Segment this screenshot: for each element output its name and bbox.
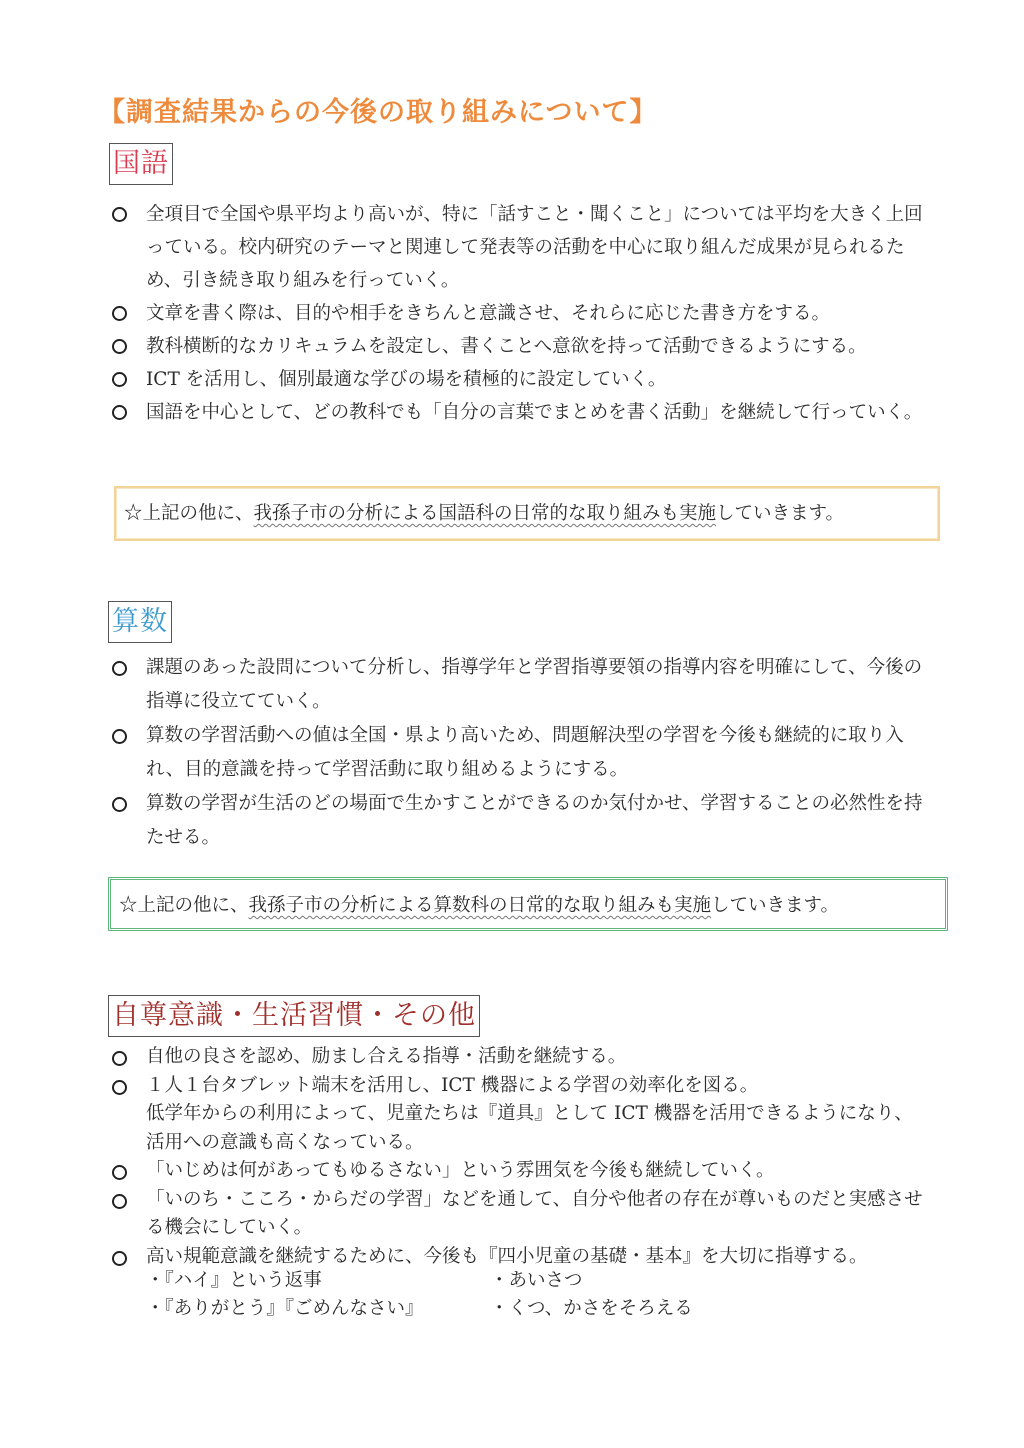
circle-bullet-icon bbox=[112, 405, 127, 420]
list-item: 算数の学習が生活のどの場面で生かすことができるのか気付かせ、学習することの必然性… bbox=[110, 787, 930, 855]
list-item: 文章を書く際は、目的や相手をきちんと意識させ、それらに応じた書き方をする。 bbox=[110, 297, 930, 330]
circle-bullet-icon bbox=[112, 1165, 127, 1180]
section-heading-seikatsu: 自尊意識・生活習慣・その他 bbox=[108, 995, 480, 1037]
circle-bullet-icon bbox=[112, 1080, 127, 1095]
section-heading-kokugo: 国語 bbox=[109, 143, 173, 185]
sansu-list: 課題のあった設問について分析し、指導学年と学習指導要領の指導内容を明確にして、今… bbox=[110, 651, 930, 855]
basics-row: ・『ありがとう』『ごめんなさい』 ・くつ、かさをそろえる bbox=[146, 1295, 693, 1323]
list-item: 「いのち・こころ・からだの学習」などを通して、自分や他者の存在が尊いものだと実感… bbox=[110, 1186, 930, 1243]
list-item: 全項目で全国や県平均より高いが、特に「話すこと・聞くこと」については平均を大きく… bbox=[110, 198, 930, 297]
section-heading-sansu: 算数 bbox=[108, 601, 172, 643]
circle-bullet-icon bbox=[112, 1194, 127, 1209]
list-item: １人１台タブレット端末を活用し、ICT 機器による学習の効率化を図る。低学年から… bbox=[110, 1072, 930, 1158]
underlined-text: 我孫子市の分析による算数科の日常的な取り組みも実施 bbox=[249, 895, 712, 916]
basics-row: ・『ハイ』という返事 ・あいさつ bbox=[146, 1267, 693, 1295]
circle-bullet-icon bbox=[112, 306, 127, 321]
underlined-text: 我孫子市の分析による国語科の日常的な取り組みも実施 bbox=[254, 503, 717, 524]
document-page: 【調査結果からの今後の取り組みについて】 国語 全項目で全国や県平均より高いが、… bbox=[0, 0, 1024, 1448]
kokugo-note-box: ☆上記の他に、我孫子市の分析による国語科の日常的な取り組みも実施していきます。 bbox=[114, 486, 940, 541]
sansu-note-box: ☆上記の他に、我孫子市の分析による算数科の日常的な取り組みも実施していきます。 bbox=[108, 877, 948, 931]
circle-bullet-icon bbox=[112, 339, 127, 354]
list-item: 課題のあった設問について分析し、指導学年と学習指導要領の指導内容を明確にして、今… bbox=[110, 651, 930, 719]
list-item: ICT を活用し、個別最適な学びの場を積極的に設定していく。 bbox=[110, 363, 930, 396]
list-item: 算数の学習活動への値は全国・県より高いため、問題解決型の学習を今後も継続的に取り… bbox=[110, 719, 930, 787]
seikatsu-list: 自他の良さを認め、励まし合える指導・活動を継続する。 １人１台タブレット端末を活… bbox=[110, 1043, 930, 1271]
circle-bullet-icon bbox=[112, 372, 127, 387]
list-item: 教科横断的なカリキュラムを設定し、書くことへ意欲を持って活動できるようにする。 bbox=[110, 330, 930, 363]
circle-bullet-icon bbox=[112, 797, 127, 812]
item-continuation: 低学年からの利用によって、児童たちは『道具』として ICT 機器を活用できるよう… bbox=[146, 1103, 913, 1153]
list-item: 国語を中心として、どの教科でも「自分の言葉でまとめを書く活動」を継続して行ってい… bbox=[110, 396, 930, 429]
circle-bullet-icon bbox=[112, 1051, 127, 1066]
basics-list: ・『ハイ』という返事 ・あいさつ ・『ありがとう』『ごめんなさい』 ・くつ、かさ… bbox=[146, 1267, 693, 1323]
kokugo-list: 全項目で全国や県平均より高いが、特に「話すこと・聞くこと」については平均を大きく… bbox=[110, 198, 930, 429]
circle-bullet-icon bbox=[112, 661, 127, 676]
circle-bullet-icon bbox=[112, 1251, 127, 1266]
page-title: 【調査結果からの今後の取り組みについて】 bbox=[98, 90, 657, 129]
list-item: 「いじめは何があってもゆるさない」という雰囲気を今後も継続していく。 bbox=[110, 1157, 930, 1186]
list-item: 自他の良さを認め、励まし合える指導・活動を継続する。 bbox=[110, 1043, 930, 1072]
circle-bullet-icon bbox=[112, 207, 127, 222]
circle-bullet-icon bbox=[112, 729, 127, 744]
